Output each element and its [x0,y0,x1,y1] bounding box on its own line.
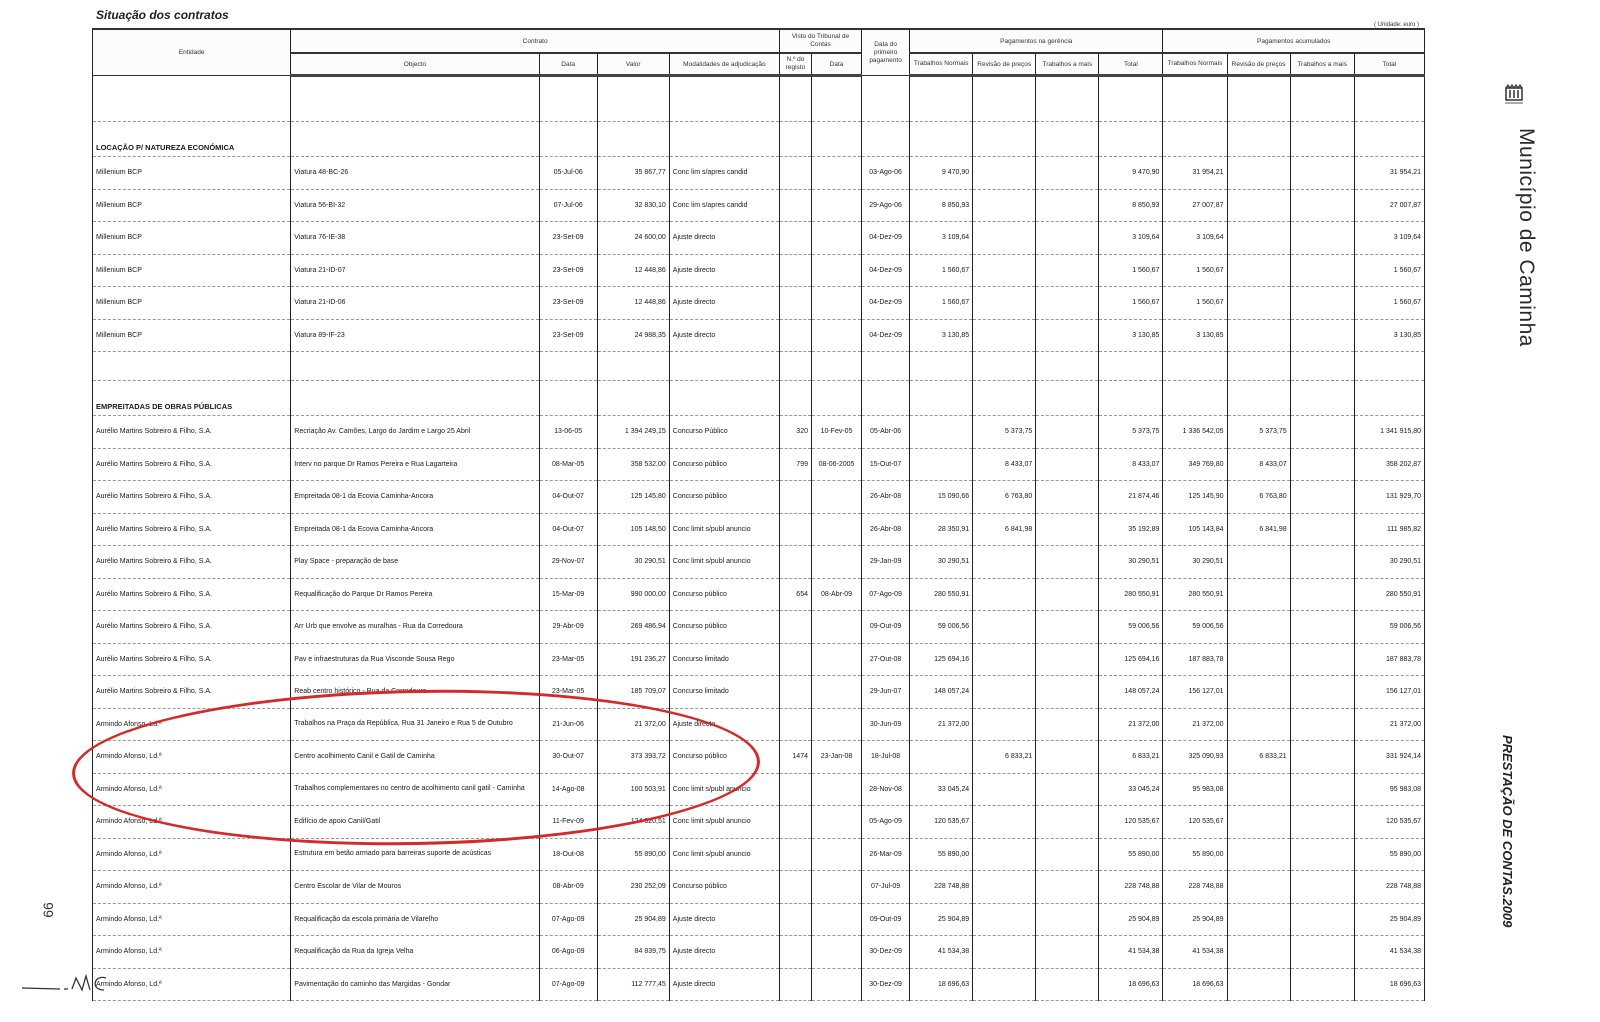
cell-a-revisao [1227,222,1290,255]
cell-a-revisao [1227,319,1290,352]
cell-data: 04-Out-07 [539,513,597,546]
cell-modalidade: Conc limit s/publ anuncio [669,838,779,871]
cell-entidade: Millenium BCP [93,157,291,190]
cell-a-mais [1290,546,1354,579]
cell-entidade: Aurélio Martins Sobreiro & Filho, S.A. [93,513,291,546]
cell-g-normais: 41 534,38 [910,936,973,969]
cell-a-normais: 105 143,84 [1163,513,1227,546]
col-a-total: Total [1354,53,1424,76]
table-row: Millenium BCPViatura 21-ID-0723-Set-0912… [93,254,1425,287]
cell-valor: 191 236,27 [597,643,669,676]
cell-a-total: 156 127,01 [1354,676,1424,709]
cell-g-mais [1036,968,1099,1001]
cell-data-pag: 04-Dez-09 [862,287,910,320]
table-row: Millenium BCPViatura 21-ID-0623-Set-0912… [93,287,1425,320]
cell-a-normais: 228 748,88 [1163,871,1227,904]
cell-g-total: 9 470,90 [1099,157,1163,190]
cell-g-total: 18 696,63 [1099,968,1163,1001]
cell-data: 23-Set-09 [539,222,597,255]
cell-a-normais: 41 534,38 [1163,936,1227,969]
cell-objecto: Viatura 21-ID-07 [291,254,539,287]
cell-g-normais: 120 535,67 [910,806,973,839]
cell-data-pag: 30-Dez-09 [862,968,910,1001]
cell-data-pag: 03-Ago-06 [862,157,910,190]
cell-g-normais: 21 372,00 [910,708,973,741]
cell-g-revisao [973,903,1036,936]
cell-valor: 24 600,00 [597,222,669,255]
cell-entidade: Aurélio Martins Sobreiro & Filho, S.A. [93,481,291,514]
cell-g-mais [1036,287,1099,320]
cell-entidade: Armindo Afonso, Ld.ª [93,871,291,904]
cell-a-total: 1 341 915,80 [1354,416,1424,449]
cell-visto-data [811,838,861,871]
cell-visto-data [811,287,861,320]
cell-g-total: 21 874,46 [1099,481,1163,514]
cell-modalidade: Concurso público [669,871,779,904]
cell-a-normais: 1 560,67 [1163,287,1227,320]
section-title: LOCAÇÃO P/ NATUREZA ECONÓMICA [93,122,291,157]
cell-g-revisao: 6 833,21 [973,741,1036,774]
cell-a-normais: 31 954,21 [1163,157,1227,190]
cell-visto-data [811,189,861,222]
cell-valor: 35 867,77 [597,157,669,190]
cell-visto-data [811,676,861,709]
cell-n-registo [779,968,811,1001]
cell-g-total: 125 694,16 [1099,643,1163,676]
cell-g-revisao [973,871,1036,904]
cell-data: 07-Ago-09 [539,903,597,936]
cell-a-revisao [1227,643,1290,676]
cell-a-revisao [1227,676,1290,709]
cell-n-registo [779,254,811,287]
cell-data-pag: 26-Abr-08 [862,513,910,546]
cell-data-pag: 04-Dez-09 [862,319,910,352]
spacer-row [93,76,1425,122]
cell-objecto: Empreitada 08-1 da Ecovia Caminha-Ancora [291,481,539,514]
cell-g-mais [1036,254,1099,287]
cell-valor: 55 890,00 [597,838,669,871]
cell-objecto: Requalificação da escola primária de Vil… [291,903,539,936]
cell-a-revisao: 6 833,21 [1227,741,1290,774]
cell-a-total: 41 534,38 [1354,936,1424,969]
cell-objecto: Centro Escolar de Vilar de Mouros [291,871,539,904]
cell-g-revisao [973,546,1036,579]
table-row: Aurélio Martins Sobreiro & Filho, S.A.Re… [93,416,1425,449]
cell-a-total: 1 560,67 [1354,254,1424,287]
table-row: Millenium BCPViatura 56-BI-3207-Jul-0632… [93,189,1425,222]
cell-n-registo [779,676,811,709]
cell-n-registo [779,319,811,352]
cell-g-revisao [973,254,1036,287]
cell-valor: 112 777,45 [597,968,669,1001]
col-a-mais: Trabalhos a mais [1290,53,1354,76]
cell-a-mais [1290,287,1354,320]
cell-objecto: Pav e infraestruturas da Rua Visconde So… [291,643,539,676]
cell-data: 29-Nov-07 [539,546,597,579]
cell-g-revisao [973,157,1036,190]
cell-a-mais [1290,254,1354,287]
cell-a-revisao [1227,254,1290,287]
cell-data: 04-Out-07 [539,481,597,514]
section-header-row: LOCAÇÃO P/ NATUREZA ECONÓMICA [93,122,1425,157]
col-g-total: Total [1099,53,1163,76]
cell-a-normais: 187 883,78 [1163,643,1227,676]
cell-a-revisao [1227,708,1290,741]
cell-a-total: 120 535,67 [1354,806,1424,839]
cell-modalidade: Ajuste directo [669,968,779,1001]
cell-visto-data [811,546,861,579]
table-row: Armindo Afonso, Ld.ªRequalificação da es… [93,903,1425,936]
cell-data-pag: 07-Ago-09 [862,578,910,611]
cell-a-mais [1290,416,1354,449]
cell-g-mais [1036,708,1099,741]
cell-a-mais [1290,903,1354,936]
cell-g-normais: 280 550,91 [910,578,973,611]
cell-objecto: Viatura 89-IF-23 [291,319,539,352]
cell-modalidade: Ajuste directo [669,319,779,352]
cell-a-normais: 59 006,56 [1163,611,1227,644]
cell-a-total: 25 904,89 [1354,903,1424,936]
cell-g-normais: 1 560,67 [910,287,973,320]
cell-g-mais [1036,222,1099,255]
cell-data: 18-Out-08 [539,838,597,871]
cell-a-total: 18 696,63 [1354,968,1424,1001]
cell-entidade: Millenium BCP [93,189,291,222]
cell-data: 08-Abr-09 [539,871,597,904]
cell-a-normais: 120 535,67 [1163,806,1227,839]
cell-entidade: Aurélio Martins Sobreiro & Filho, S.A. [93,578,291,611]
cell-data-pag: 29-Jun-07 [862,676,910,709]
cell-data: 08-Mar-05 [539,448,597,481]
cell-entidade: Aurélio Martins Sobreiro & Filho, S.A. [93,643,291,676]
cell-a-normais: 30 290,51 [1163,546,1227,579]
report-title: PRESTAÇÃO DE CONTAS.2009 [1500,735,1515,927]
cell-valor: 230 252,09 [597,871,669,904]
col-visto-data: Data [811,53,861,76]
cell-objecto: Interv no parque Dr Ramos Pereira e Rua … [291,448,539,481]
cell-a-revisao [1227,287,1290,320]
cell-a-normais: 95 983,08 [1163,773,1227,806]
cell-visto-data [811,481,861,514]
cell-a-mais [1290,741,1354,774]
col-pagamentos-gerencia: Pagamentos na gerência [910,29,1163,53]
cell-a-total: 1 560,67 [1354,287,1424,320]
cell-modalidade: Ajuste directo [669,936,779,969]
cell-visto-data [811,222,861,255]
col-objecto: Objecto [291,53,539,76]
cell-a-mais [1290,448,1354,481]
cell-a-revisao: 6 763,80 [1227,481,1290,514]
cell-a-normais: 3 130,85 [1163,319,1227,352]
cell-g-mais [1036,578,1099,611]
cell-n-registo [779,287,811,320]
cell-valor: 25 904,89 [597,903,669,936]
cell-data: 07-Jul-06 [539,189,597,222]
cell-data-pag: 15-Out-07 [862,448,910,481]
cell-objecto: Play Space - preparação de base [291,546,539,579]
contracts-table: Entidade Contrato Visto do Tribunal de C… [92,28,1425,1001]
cell-n-registo [779,773,811,806]
cell-a-mais [1290,773,1354,806]
cell-data-pag: 05-Ago-09 [862,806,910,839]
cell-g-revisao [973,578,1036,611]
cell-data: 05-Jul-06 [539,157,597,190]
section-header-row: EMPREITADAS DE OBRAS PÚBLICAS [93,381,1425,416]
cell-data-pag: 18-Jul-08 [862,741,910,774]
cell-data: 13-06-05 [539,416,597,449]
col-g-normais: Trabalhos Normais [910,53,973,76]
cell-valor: 12 448,86 [597,287,669,320]
cell-data-pag: 29-Jan-09 [862,546,910,579]
cell-g-mais [1036,903,1099,936]
cell-a-normais: 27 007,87 [1163,189,1227,222]
cell-a-mais [1290,319,1354,352]
cell-a-revisao [1227,546,1290,579]
cell-a-normais: 349 769,80 [1163,448,1227,481]
cell-valor: 105 148,50 [597,513,669,546]
cell-g-total: 120 535,67 [1099,806,1163,839]
cell-entidade: Millenium BCP [93,319,291,352]
col-entidade: Entidade [93,29,291,76]
table-row: Aurélio Martins Sobreiro & Filho, S.A.Re… [93,578,1425,611]
cell-g-mais [1036,546,1099,579]
cell-a-total: 95 983,08 [1354,773,1424,806]
cell-a-total: 59 006,56 [1354,611,1424,644]
cell-g-total: 35 192,89 [1099,513,1163,546]
cell-g-mais [1036,157,1099,190]
cell-objecto: Empreitada 08-1 da Ecovia Caminha-Ancora [291,513,539,546]
cell-a-revisao [1227,773,1290,806]
cell-data: 06-Ago-09 [539,936,597,969]
col-valor: Valor [597,53,669,76]
cell-modalidade: Conc limit s/publ anuncio [669,513,779,546]
cell-a-normais: 1 336 542,05 [1163,416,1227,449]
cell-data-pag: 26-Abr-08 [862,481,910,514]
cell-a-revisao: 6 841,98 [1227,513,1290,546]
cell-g-total: 3 109,64 [1099,222,1163,255]
cell-visto-data: 23-Jan-08 [811,741,861,774]
cell-visto-data [811,903,861,936]
cell-modalidade: Concurso público [669,481,779,514]
cell-valor: 1 394 249,15 [597,416,669,449]
cell-g-normais: 55 890,00 [910,838,973,871]
cell-g-normais: 33 045,24 [910,773,973,806]
cell-g-normais: 8 850,93 [910,189,973,222]
cell-g-normais: 18 696,63 [910,968,973,1001]
cell-g-normais: 125 694,16 [910,643,973,676]
cell-n-registo [779,806,811,839]
cell-a-mais [1290,643,1354,676]
cell-modalidade: Ajuste directo [669,287,779,320]
cell-g-normais [910,741,973,774]
cell-a-revisao [1227,806,1290,839]
cell-modalidade: Concurso público [669,611,779,644]
table-row: Aurélio Martins Sobreiro & Filho, S.A.Em… [93,513,1425,546]
cell-modalidade: Conc limit s/publ anuncio [669,546,779,579]
cell-modalidade: Ajuste directo [669,903,779,936]
cell-objecto: Pavimentação do caminho das Margidas - G… [291,968,539,1001]
col-modalidades: Modalidades de adjudicação [669,53,779,76]
cell-valor: 125 145,80 [597,481,669,514]
cell-a-total: 3 130,85 [1354,319,1424,352]
cell-g-normais: 3 130,85 [910,319,973,352]
cell-a-total: 131 929,70 [1354,481,1424,514]
cell-g-mais [1036,448,1099,481]
cell-g-total: 3 130,85 [1099,319,1163,352]
col-pagamentos-acumulados: Pagamentos acumulados [1163,29,1425,53]
table-row: Aurélio Martins Sobreiro & Filho, S.A.Em… [93,481,1425,514]
cell-visto-data [811,319,861,352]
cell-g-total: 41 534,38 [1099,936,1163,969]
cell-n-registo [779,871,811,904]
cell-g-mais [1036,611,1099,644]
cell-n-registo: 320 [779,416,811,449]
cell-entidade: Aurélio Martins Sobreiro & Filho, S.A. [93,416,291,449]
cell-g-total: 8 850,93 [1099,189,1163,222]
cell-a-mais [1290,189,1354,222]
cell-a-revisao [1227,871,1290,904]
col-g-mais: Trabalhos a mais [1036,53,1099,76]
signature-icon [20,968,120,998]
cell-visto-data [811,513,861,546]
cell-n-registo [779,222,811,255]
table-row: Millenium BCPViatura 89-IF-2323-Set-0924… [93,319,1425,352]
table-row: Aurélio Martins Sobreiro & Filho, S.A.Pa… [93,643,1425,676]
col-contrato: Contrato [291,29,780,53]
cell-n-registo [779,936,811,969]
cell-g-mais [1036,838,1099,871]
cell-data-pag: 04-Dez-09 [862,222,910,255]
table-row: Aurélio Martins Sobreiro & Filho, S.A.Pl… [93,546,1425,579]
cell-n-registo [779,189,811,222]
cell-visto-data: 08-Abr-09 [811,578,861,611]
cell-g-mais [1036,773,1099,806]
cell-g-mais [1036,936,1099,969]
cell-valor: 12 448,86 [597,254,669,287]
cell-entidade: Millenium BCP [93,254,291,287]
municipality-name: Município de Caminha [1514,128,1538,347]
cell-a-normais: 55 890,00 [1163,838,1227,871]
cell-a-total: 30 290,51 [1354,546,1424,579]
cell-objecto: Viatura 48-BC-26 [291,157,539,190]
cell-g-total: 228 748,88 [1099,871,1163,904]
col-n-registo: N.º do registo [779,53,811,76]
cell-visto-data [811,157,861,190]
cell-a-normais: 25 904,89 [1163,903,1227,936]
cell-valor: 30 290,51 [597,546,669,579]
cell-g-normais: 28 350,91 [910,513,973,546]
cell-g-revisao: 8 433,07 [973,448,1036,481]
cell-a-mais [1290,611,1354,644]
cell-g-mais [1036,741,1099,774]
cell-g-total: 1 560,67 [1099,287,1163,320]
cell-objecto: Requalificação do Parque Dr Ramos Pereir… [291,578,539,611]
cell-a-revisao [1227,968,1290,1001]
cell-entidade: Armindo Afonso, Ld.ª [93,968,291,1001]
cell-valor: 32 830,10 [597,189,669,222]
cell-a-normais: 156 127,01 [1163,676,1227,709]
cell-a-mais [1290,676,1354,709]
cell-modalidade: Conc lim s/apres candid [669,189,779,222]
table-row: Aurélio Martins Sobreiro & Filho, S.A.Ar… [93,611,1425,644]
cell-data-pag: 26-Mar-09 [862,838,910,871]
cell-g-total: 30 290,51 [1099,546,1163,579]
cell-data-pag: 05-Abr-06 [862,416,910,449]
cell-data-pag: 07-Jul-09 [862,871,910,904]
cell-modalidade: Concurso Público [669,416,779,449]
col-data-primeiro-pagamento: Data do primeiro pagamento [862,29,910,76]
cell-n-registo: 654 [779,578,811,611]
cell-g-total: 8 433,07 [1099,448,1163,481]
cell-a-total: 280 550,91 [1354,578,1424,611]
cell-g-normais: 3 109,64 [910,222,973,255]
cell-n-registo [779,903,811,936]
cell-g-normais: 1 560,67 [910,254,973,287]
cell-visto-data [811,871,861,904]
cell-g-mais [1036,416,1099,449]
cell-a-total: 187 883,78 [1354,643,1424,676]
cell-g-normais: 9 470,90 [910,157,973,190]
col-data: Data [539,53,597,76]
col-visto: Visto do Tribunal de Contas [779,29,861,53]
cell-valor: 358 532,00 [597,448,669,481]
cell-g-revisao [973,643,1036,676]
cell-data-pag: 30-Jun-09 [862,708,910,741]
cell-g-revisao: 6 841,98 [973,513,1036,546]
cell-a-mais [1290,838,1354,871]
cell-g-revisao [973,189,1036,222]
cell-n-registo: 799 [779,448,811,481]
cell-modalidade: Ajuste directo [669,254,779,287]
cell-g-revisao [973,676,1036,709]
cell-a-total: 111 985,82 [1354,513,1424,546]
cell-a-total: 358 202,87 [1354,448,1424,481]
cell-valor: 269 486,94 [597,611,669,644]
cell-a-normais: 280 550,91 [1163,578,1227,611]
cell-a-mais [1290,481,1354,514]
document-title: Situação dos contratos [96,8,229,22]
col-a-revisao: Revisão de preços [1227,53,1290,76]
cell-g-mais [1036,189,1099,222]
cell-visto-data [811,773,861,806]
cell-valor: 24 988,35 [597,319,669,352]
cell-objecto: Recriação Av. Camões, Largo do Jardim e … [291,416,539,449]
cell-visto-data [811,936,861,969]
cell-a-revisao [1227,838,1290,871]
cell-entidade: Armindo Afonso, Ld.ª [93,838,291,871]
table-row: Armindo Afonso, Ld.ªEstrutura em betão a… [93,838,1425,871]
cell-a-mais [1290,222,1354,255]
cell-objecto: Arr Urb que envolve as muralhas - Rua da… [291,611,539,644]
cell-g-normais [910,416,973,449]
cell-entidade: Armindo Afonso, Ld.ª [93,903,291,936]
cell-a-revisao [1227,936,1290,969]
cell-g-revisao [973,319,1036,352]
cell-a-mais [1290,806,1354,839]
cell-a-normais: 21 372,00 [1163,708,1227,741]
cell-g-normais: 25 904,89 [910,903,973,936]
cell-a-revisao [1227,157,1290,190]
cell-a-revisao [1227,903,1290,936]
cell-g-mais [1036,319,1099,352]
cell-g-revisao [973,222,1036,255]
cell-visto-data [811,611,861,644]
cell-n-registo [779,708,811,741]
cell-data-pag: 09-Out-09 [862,611,910,644]
cell-a-mais [1290,708,1354,741]
cell-a-normais: 325 090,93 [1163,741,1227,774]
cell-data-pag: 04-Dez-09 [862,254,910,287]
